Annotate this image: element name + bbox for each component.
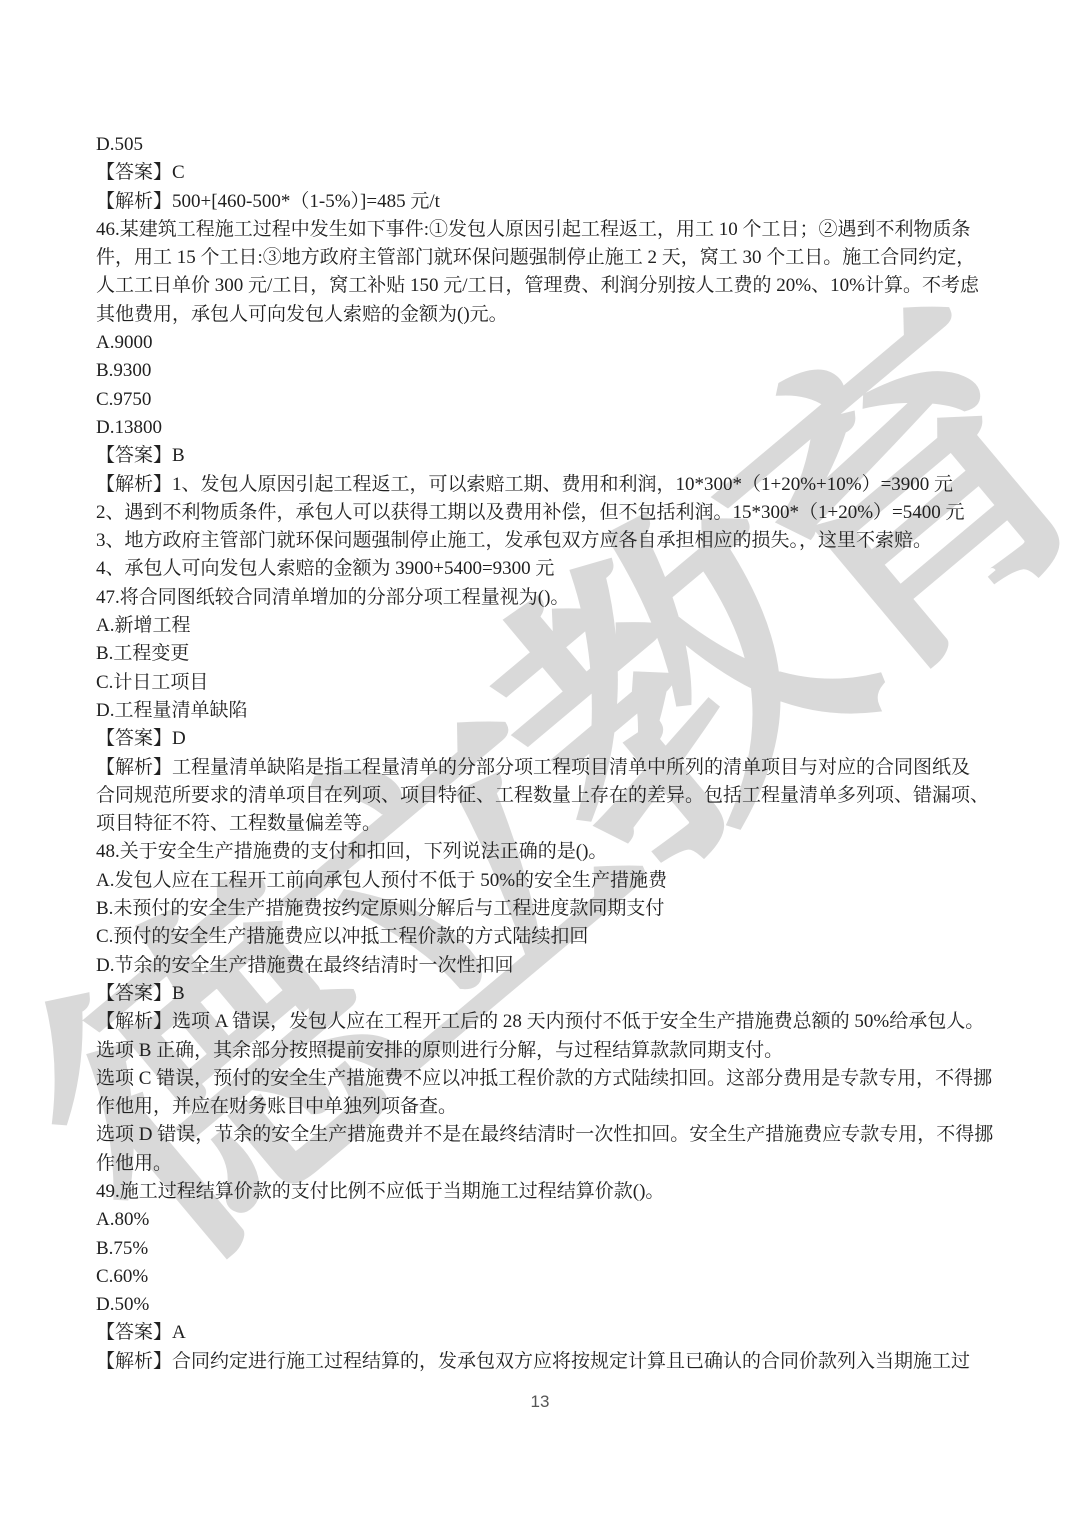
document-text: D.505【答案】C【解析】500+[460-500*（1-5%）]=485 元… xyxy=(96,131,1026,1376)
text-line: 48.关于安全生产措施费的支付和扣回，下列说法正确的是()。 xyxy=(96,838,1026,866)
text-line: 人工工日单价 300 元/工日，窝工补贴 150 元/工日，管理费、利润分别按人… xyxy=(96,272,1026,300)
text-line: D.505 xyxy=(96,131,1026,159)
text-line: 合同规范所要求的清单项目在列项、项目特征、工程数量上存在的差异。包括工程量清单多… xyxy=(96,782,1026,810)
text-line: 47.将合同图纸较合同清单增加的分部分项工程量视为()。 xyxy=(96,584,1026,612)
text-line: 【解析】工程量清单缺陷是指工程量清单的分部分项工程项目清单中所列的清单项目与对应… xyxy=(96,754,1026,782)
text-line: C.计日工项目 xyxy=(96,669,1026,697)
text-line: 4、承包人可向发包人索赔的金额为 3900+5400=9300 元 xyxy=(96,555,1026,583)
text-line: 46.某建筑工程施工过程中发生如下事件:①发包人原因引起工程返工，用工 10 个… xyxy=(96,216,1026,244)
text-line: B.未预付的安全生产措施费按约定原则分解后与工程进度款同期支付 xyxy=(96,895,1026,923)
text-line: D.节余的安全生产措施费在最终结清时一次性扣回 xyxy=(96,952,1026,980)
text-line: B.9300 xyxy=(96,357,1026,385)
text-line: 【答案】A xyxy=(96,1319,1026,1347)
text-line: 作他用，并应在财务账目中单独列项备查。 xyxy=(96,1093,1026,1121)
text-line: A.9000 xyxy=(96,329,1026,357)
page-number: 13 xyxy=(0,1392,1080,1412)
text-line: 49.施工过程结算价款的支付比例不应低于当期施工过程结算价款()。 xyxy=(96,1178,1026,1206)
text-line: B.工程变更 xyxy=(96,640,1026,668)
text-line: 选项 C 错误，预付的安全生产措施费不应以冲抵工程价款的方式陆续扣回。这部分费用… xyxy=(96,1065,1026,1093)
text-line: 选项 D 错误，节余的安全生产措施费并不是在最终结清时一次性扣回。安全生产措施费… xyxy=(96,1121,1026,1149)
text-line: A.新增工程 xyxy=(96,612,1026,640)
text-line: 【答案】B xyxy=(96,442,1026,470)
text-line: 2、遇到不利物质条件，承包人可以获得工期以及费用补偿，但不包括利润。15*300… xyxy=(96,499,1026,527)
text-line: D.50% xyxy=(96,1291,1026,1319)
text-line: 【解析】500+[460-500*（1-5%）]=485 元/t xyxy=(96,188,1026,216)
text-line: 【解析】合同约定进行施工过程结算的，发承包双方应将按规定计算且已确认的合同价款列… xyxy=(96,1348,1026,1376)
text-line: 【解析】选项 A 错误，发包人应在工程开工后的 28 天内预付不低于安全生产措施… xyxy=(96,1008,1026,1036)
text-line: 【答案】D xyxy=(96,725,1026,753)
text-line: A.80% xyxy=(96,1206,1026,1234)
text-line: C.预付的安全生产措施费应以冲抵工程价款的方式陆续扣回 xyxy=(96,923,1026,951)
text-line: 【答案】C xyxy=(96,159,1026,187)
text-line: 【答案】B xyxy=(96,980,1026,1008)
text-line: B.75% xyxy=(96,1235,1026,1263)
text-line: 项目特征不符、工程数量偏差等。 xyxy=(96,810,1026,838)
text-line: 其他费用，承包人可向发包人索赔的金额为()元。 xyxy=(96,301,1026,329)
text-line: 选项 B 正确，其余部分按照提前安排的原则进行分解，与过程结算款款同期支付。 xyxy=(96,1037,1026,1065)
text-line: C.60% xyxy=(96,1263,1026,1291)
text-line: 【解析】1、发包人原因引起工程返工，可以索赔工期、费用和利润，10*300*（1… xyxy=(96,471,1026,499)
text-line: 3、地方政府主管部门就环保问题强制停止施工，发承包双方应各自承担相应的损失。，这… xyxy=(96,527,1026,555)
text-line: 件，用工 15 个工日:③地方政府主管部门就环保问题强制停止施工 2 天，窝工 … xyxy=(96,244,1026,272)
text-line: D.13800 xyxy=(96,414,1026,442)
text-line: 作他用。 xyxy=(96,1150,1026,1178)
text-line: A.发包人应在工程开工前向承包人预付不低于 50%的安全生产措施费 xyxy=(96,867,1026,895)
text-line: C.9750 xyxy=(96,386,1026,414)
text-line: D.工程量清单缺陷 xyxy=(96,697,1026,725)
